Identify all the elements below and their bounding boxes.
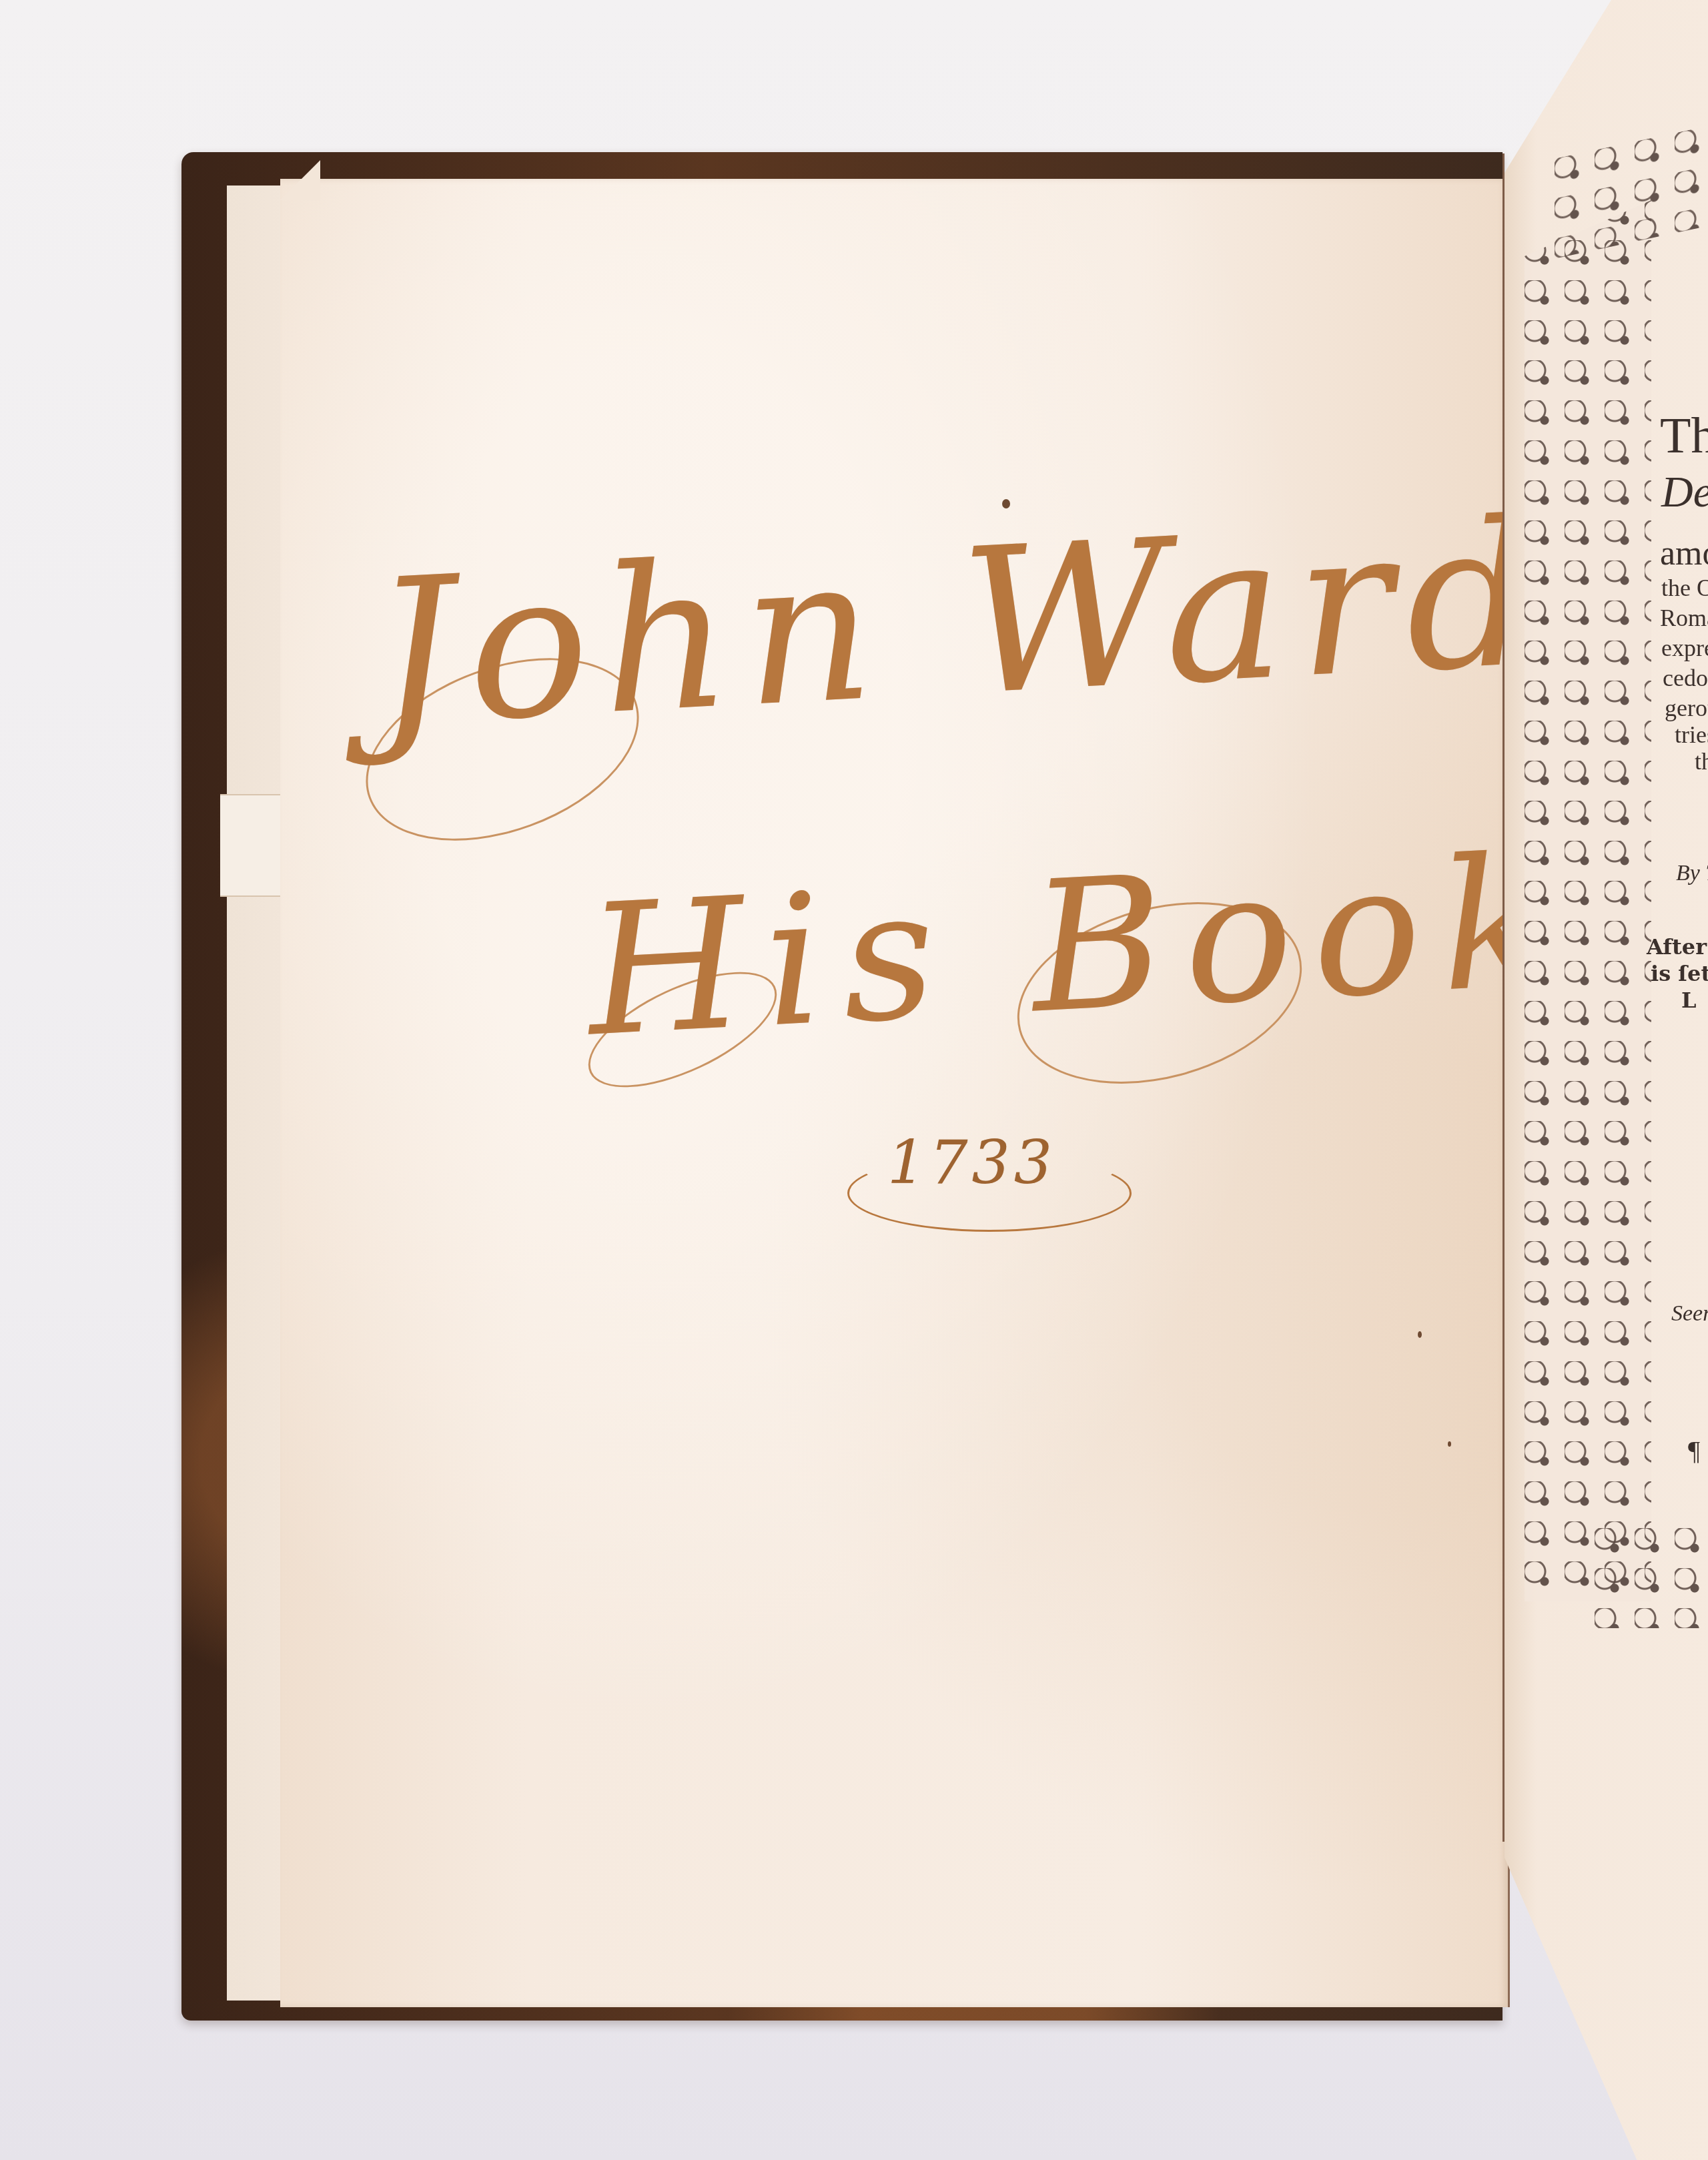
title-text: Romania	[1660, 604, 1708, 632]
title-text: The t	[1660, 407, 1708, 465]
page-gutter	[1503, 153, 1505, 1842]
ornamental-border-bottom	[1595, 1528, 1708, 1628]
ink-speck	[1418, 1331, 1422, 1338]
ornamental-border-left	[1525, 200, 1651, 1601]
flyleaf-page	[280, 179, 1510, 2007]
title-text: the Olynt	[1661, 574, 1708, 602]
inscription-date: 1733	[887, 1128, 1056, 1198]
title-text: Demo	[1661, 467, 1708, 518]
title-text: tries li	[1675, 721, 1708, 749]
blackletter-text: After th	[1647, 934, 1708, 960]
ink-speck	[1002, 499, 1010, 508]
author-line: By T	[1676, 861, 1708, 886]
title-text: among	[1660, 534, 1708, 573]
blackletter-text: is ſet f	[1651, 961, 1708, 986]
pilcrow-mark: ¶	[1688, 1435, 1700, 1466]
title-text: gerous d	[1665, 694, 1708, 722]
title-text: Seene	[1671, 1301, 1708, 1327]
title-text: the	[1695, 747, 1708, 775]
title-text: cedonie:	[1663, 664, 1708, 692]
folded-corner	[280, 160, 320, 200]
book-photograph: John Ward His Book 1733 The t Demo among…	[0, 0, 1708, 2160]
ink-speck	[1448, 1441, 1451, 1447]
torn-paper-fragment	[220, 794, 282, 897]
blackletter-text: L	[1681, 988, 1697, 1013]
title-text: expresseſl	[1661, 634, 1708, 662]
